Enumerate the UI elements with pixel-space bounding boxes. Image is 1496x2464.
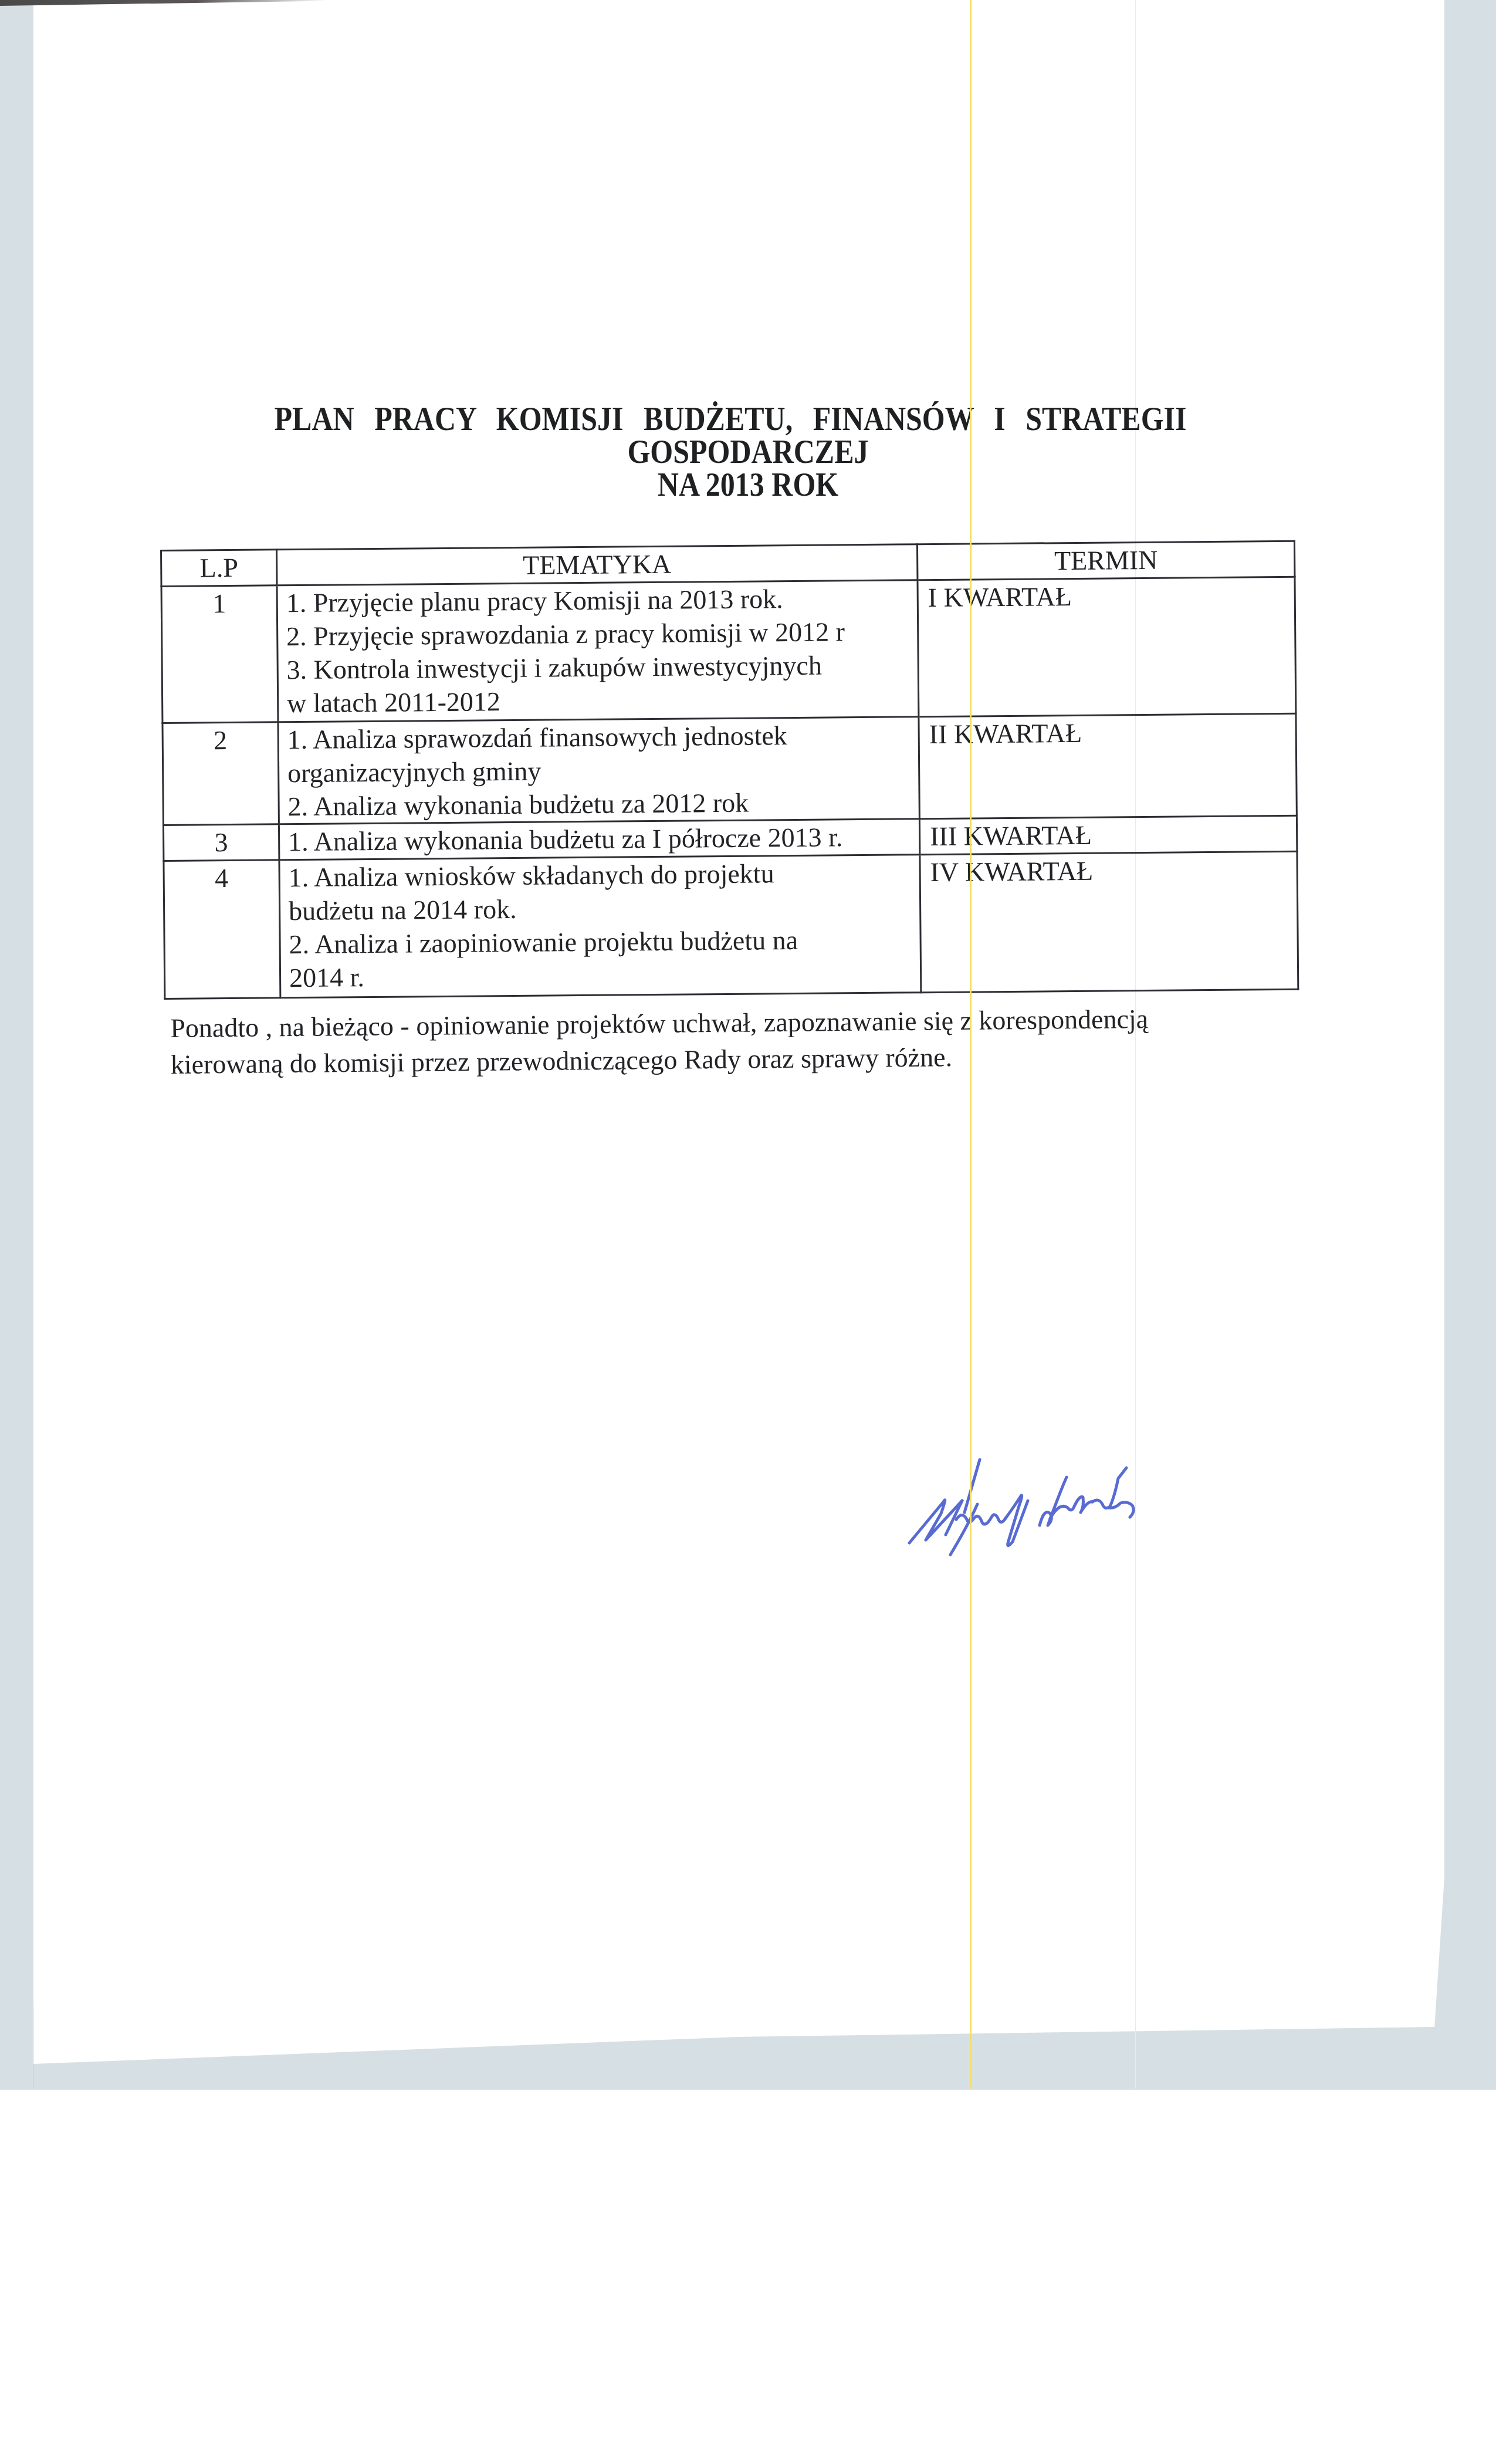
row-topics: 1. Analiza wniosków składanych do projek… xyxy=(279,855,921,998)
table-row: 2 1. Analiza sprawozdań finansowych jedn… xyxy=(163,713,1297,825)
topic-item: w latach 2011-2012 xyxy=(287,681,918,720)
work-plan-table: L.P TEMATYKA TERMIN 1 1. Przyjęcie planu… xyxy=(160,540,1299,1000)
row-topics: 1. Analiza wykonania budżetu za I półroc… xyxy=(279,819,919,860)
topic-item: 3. Kontrola inwestycji i zakupów inwesty… xyxy=(286,648,917,686)
row-term: IV KWARTAŁ xyxy=(920,851,1298,992)
row-number: 3 xyxy=(163,824,279,861)
title-line-2: GOSPODARCZEJ xyxy=(0,434,1496,471)
document-title: PLAN PRACY KOMISJI BUDŻETU, FINANSÓW I S… xyxy=(0,402,1496,501)
topic-item: 2014 r. xyxy=(289,956,920,994)
topic-item: 1. Przyjęcie planu pracy Komisji na 2013… xyxy=(286,581,917,620)
topic-item: 2. Analiza i zaopiniowanie projektu budż… xyxy=(289,922,919,961)
row-term: III KWARTAŁ xyxy=(919,815,1297,854)
header-tematyka: TEMATYKA xyxy=(277,544,918,585)
topic-item: 1. Analiza wniosków składanych do projek… xyxy=(288,855,919,894)
row-number: 2 xyxy=(163,722,279,825)
additional-note: Ponadto , na bieżąco - opiniowanie proje… xyxy=(170,1000,1285,1083)
row-number: 4 xyxy=(164,860,280,999)
signature-icon xyxy=(874,1431,1179,1561)
header-lp: L.P xyxy=(161,550,277,587)
table-row: 4 1. Analiza wniosków składanych do proj… xyxy=(164,851,1298,999)
topic-item: 1. Analiza wykonania budżetu za I półroc… xyxy=(288,820,919,858)
row-term: I KWARTAŁ xyxy=(918,577,1296,716)
topic-item: budżetu na 2014 rok. xyxy=(289,889,919,928)
row-topics: 1. Przyjęcie planu pracy Komisji na 2013… xyxy=(277,580,919,722)
row-term: II KWARTAŁ xyxy=(919,713,1297,818)
topic-item: 1. Analiza sprawozdań finansowych jednos… xyxy=(287,717,918,756)
scan-artifact-line-yellow xyxy=(970,0,972,2089)
topic-item: 2. Analiza wykonania budżetu za 2012 rok xyxy=(287,784,918,823)
table-row: 1 1. Przyjęcie planu pracy Komisji na 20… xyxy=(161,577,1296,723)
topic-item: 2. Przyjęcie sprawozdania z pracy komisj… xyxy=(286,614,917,653)
scan-artifact-line-pink xyxy=(33,2006,33,2089)
row-topics: 1. Analiza sprawozdań finansowych jednos… xyxy=(278,717,919,824)
title-line-1: PLAN PRACY KOMISJI BUDŻETU, FINANSÓW I S… xyxy=(0,401,1496,438)
topic-item: organizacyjnych gminy xyxy=(287,751,918,790)
title-line-3: NA 2013 ROK xyxy=(0,466,1496,503)
header-termin: TERMIN xyxy=(917,541,1294,580)
row-number: 1 xyxy=(161,585,278,723)
